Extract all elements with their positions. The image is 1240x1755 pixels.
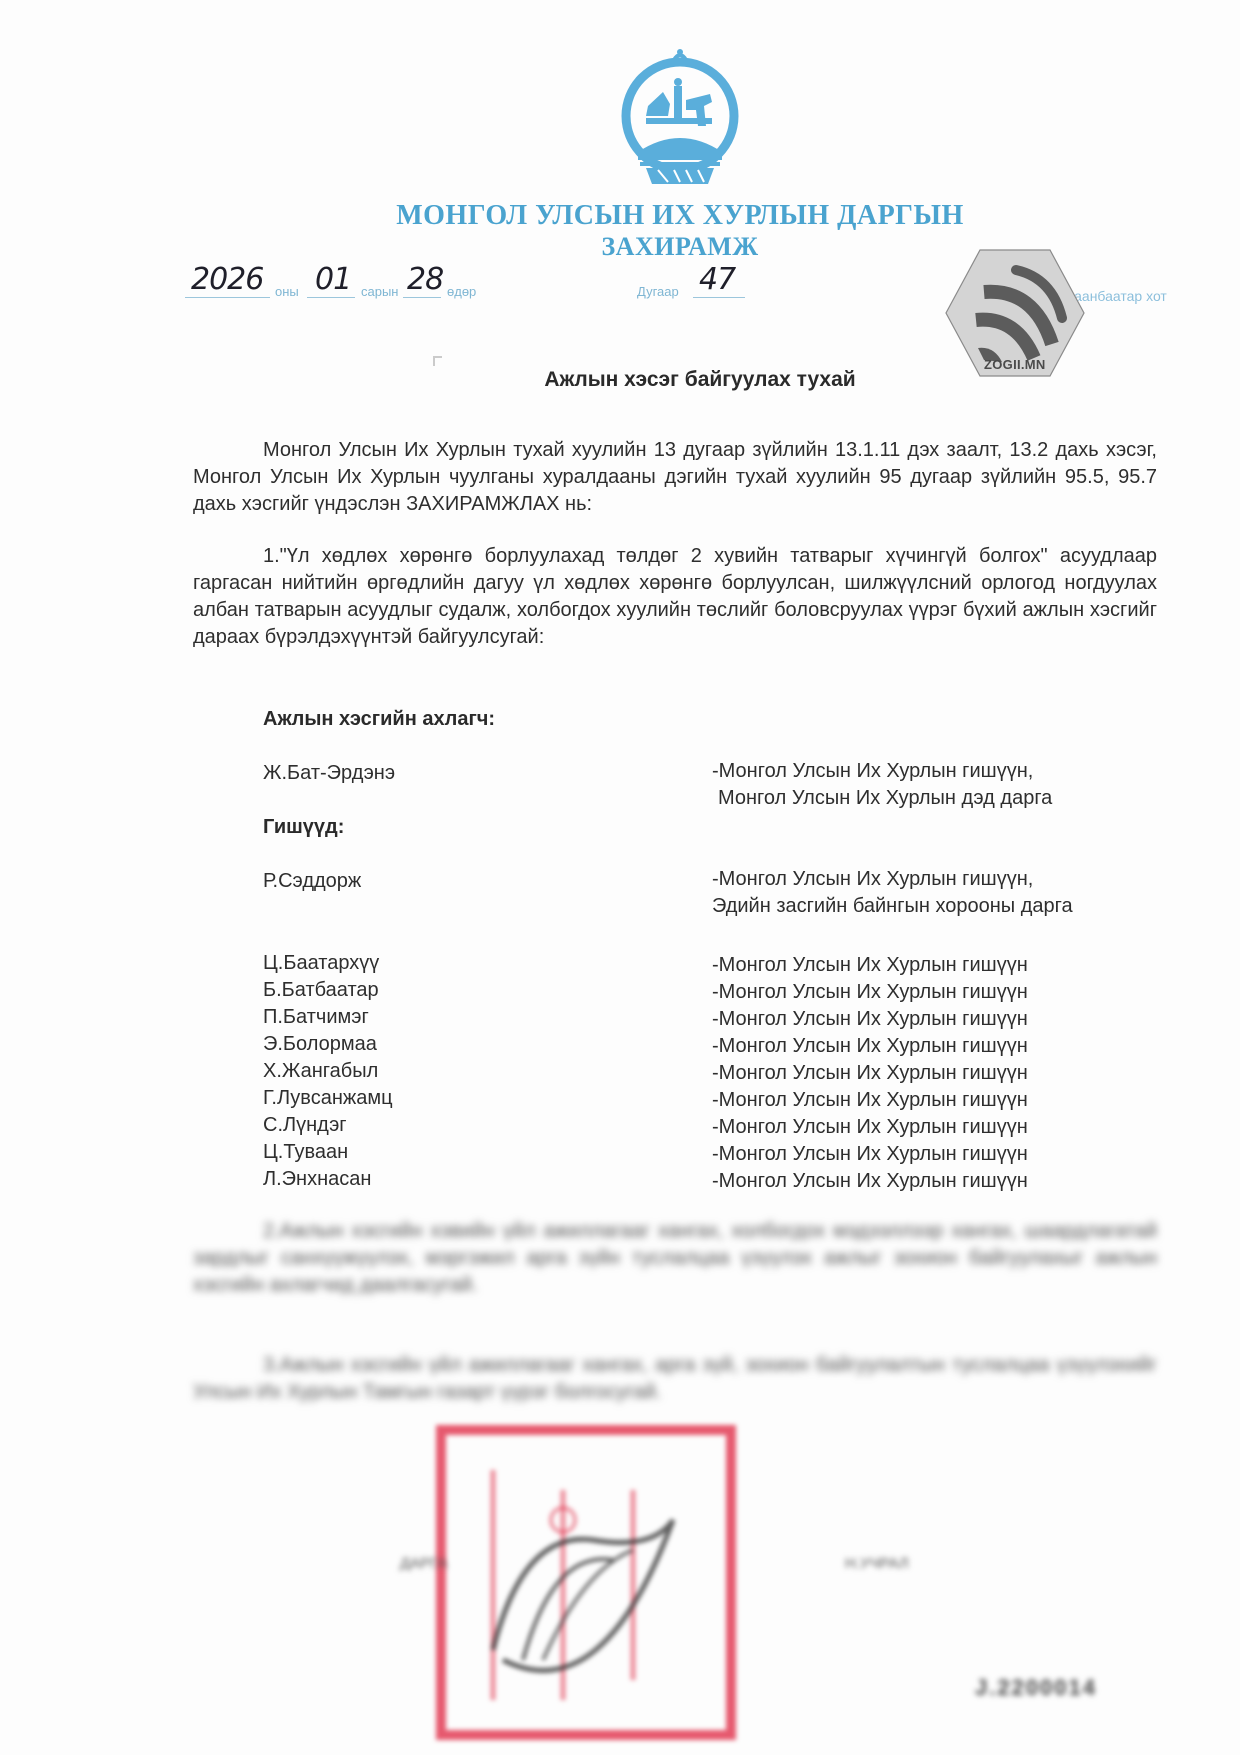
member-name: С.Лүндэг	[263, 1114, 347, 1137]
corner-mark	[433, 356, 442, 366]
leader-role: -Монгол Улсын Их Хурлын гишүүн, Монгол У…	[712, 758, 1052, 812]
member-role: -Монгол Улсын Их Хурлын гишүүн	[712, 979, 1028, 1006]
member-role: -Монгол Улсын Их Хурлын гишүүн	[712, 1006, 1028, 1033]
paragraph-item-1: 1."Үл хөдлөх хөрөнгө борлуулахад төлдөг …	[193, 543, 1157, 651]
member-name: Ц.Туваан	[263, 1141, 348, 1164]
blurred-paragraph-2: 2.Ажлын хэсгийн хэвийн үйл ажиллагааг ха…	[193, 1218, 1157, 1299]
day-label: өдөр	[447, 284, 476, 299]
paragraph-basis: Монгол Улсын Их Хурлын тухай хуулийн 13 …	[193, 437, 1157, 518]
year-label: оны	[275, 284, 299, 299]
member-name: Ц.Баатархүү	[263, 952, 379, 975]
signatory-title: ДАРГА	[400, 1555, 447, 1572]
member-role: -Монгол Улсын Их Хурлын гишүүн	[712, 1168, 1028, 1195]
document-page: МОНГОЛ УЛСЫН ИХ ХУРЛЫН ДАРГЫН ЗАХИРАМЖ 2…	[0, 0, 1240, 1755]
member-name: Л.Энхнасан	[263, 1168, 371, 1191]
leader-name: Ж.Бат-Эрдэнэ	[263, 762, 395, 785]
member-name: Р.Сэддорж	[263, 870, 361, 893]
member-role: -Монгол Улсын Их Хурлын гишүүн, Эдийн за…	[712, 866, 1157, 920]
member-name: Х.Жангабыл	[263, 1060, 378, 1083]
member-role: -Монгол Улсын Их Хурлын гишүүн	[712, 1033, 1028, 1060]
member-role: -Монгол Улсын Их Хурлын гишүүн	[712, 1114, 1028, 1141]
blurred-paragraph-3: 3.Ажлын хэсгийн үйл ажиллагааг хангах, а…	[193, 1352, 1157, 1406]
month-label: сарын	[361, 284, 398, 299]
leader-heading: Ажлын хэсгийн ахлагч:	[263, 708, 495, 731]
member-role: -Монгол Улсын Их Хурлын гишүүн	[712, 1141, 1028, 1168]
member-name: П.Батчимэг	[263, 1006, 369, 1029]
official-stamp	[433, 1410, 743, 1745]
number-value: 47	[699, 262, 735, 297]
state-emblem-icon	[618, 44, 742, 192]
signatory-name: Н.УЧРАЛ	[845, 1555, 909, 1572]
member-role: -Монгол Улсын Их Хурлын гишүүн	[712, 1060, 1028, 1087]
document-serial: J.2200014	[975, 1675, 1097, 1701]
member-name: Э.Болормаа	[263, 1033, 377, 1056]
members-heading: Гишүүд:	[263, 816, 344, 839]
member-name: Б.Батбаатар	[263, 979, 379, 1002]
year-value: 2026	[191, 262, 263, 297]
document-heading: Ажлын хэсэг байгуулах тухай	[0, 368, 1240, 392]
member-role: -Монгол Улсын Их Хурлын гишүүн	[712, 1087, 1028, 1114]
member-name: Г.Лувсанжамц	[263, 1087, 393, 1110]
month-value: 01	[315, 262, 351, 297]
number-label: Дугаар	[637, 284, 679, 299]
day-value: 28	[407, 262, 443, 297]
org-title: МОНГОЛ УЛСЫН ИХ ХУРЛЫН ДАРГЫН	[60, 200, 1240, 232]
member-role: -Монгол Улсын Их Хурлын гишүүн	[712, 952, 1028, 979]
